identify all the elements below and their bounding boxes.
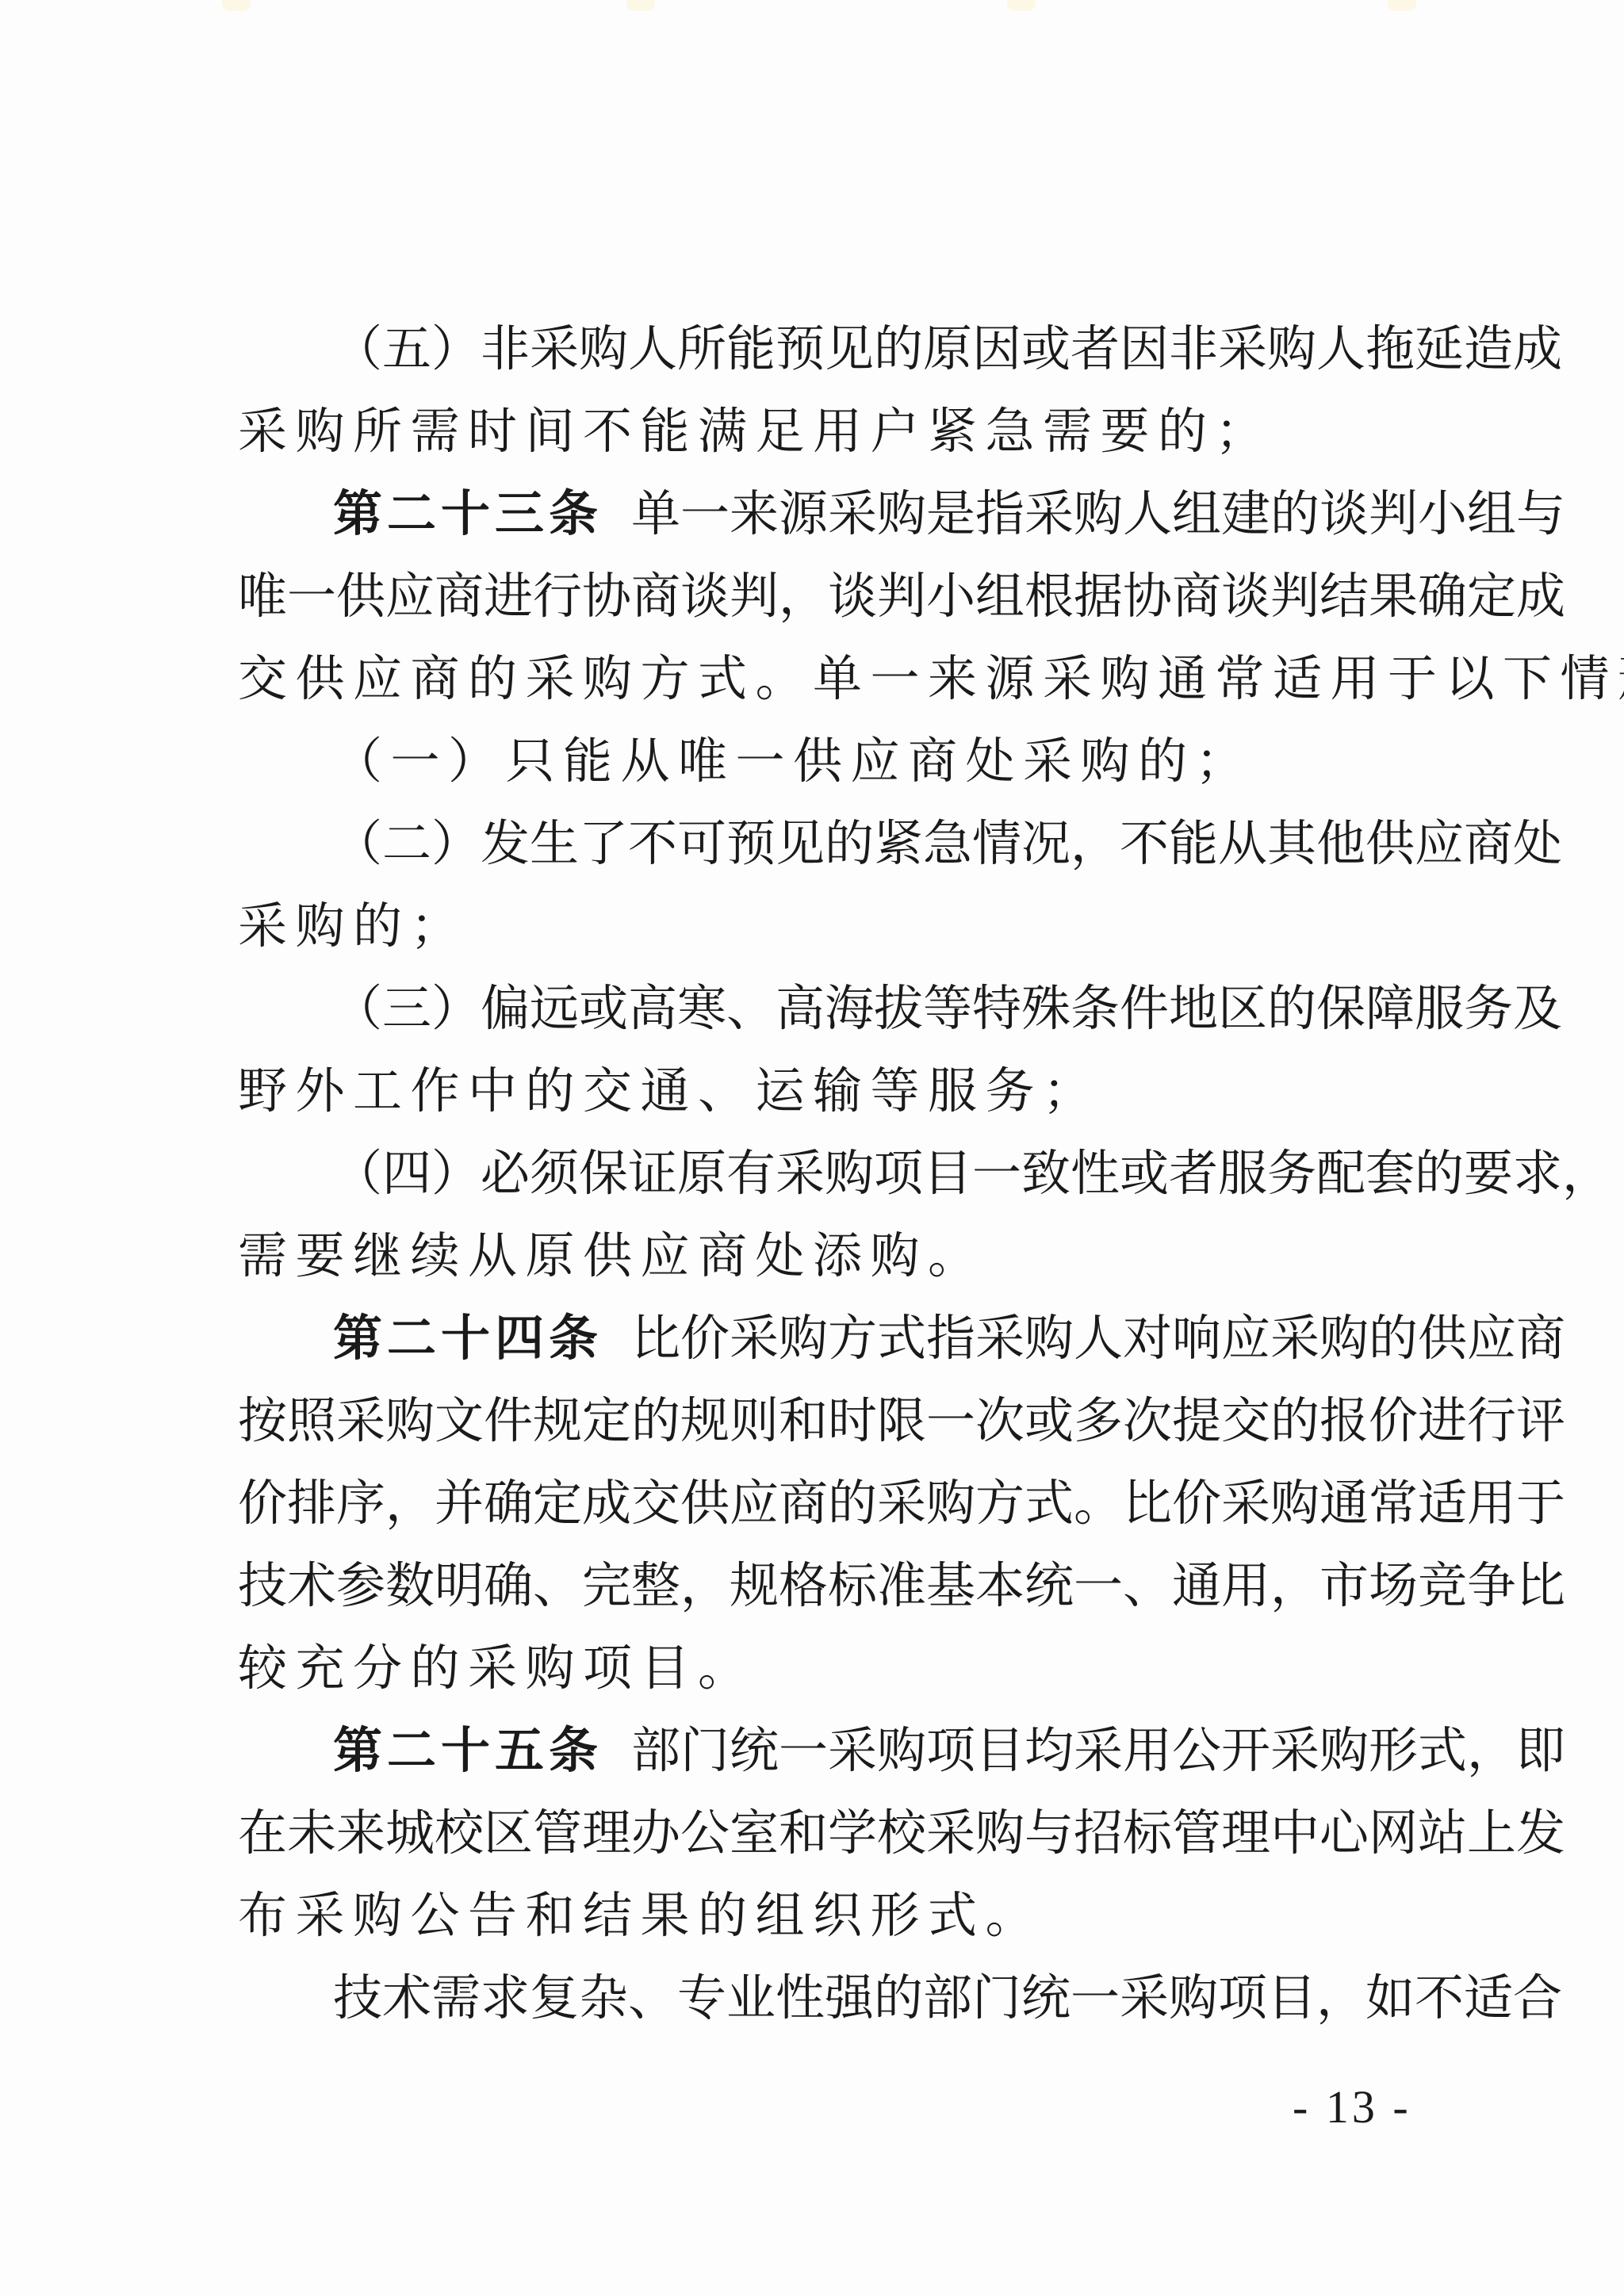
article-25-line-2: 在未来城校区管理办公室和学校采购与招标管理中心网站上发 [238, 1801, 1455, 1865]
scan-artifact [626, 0, 655, 11]
scan-artifact [1388, 0, 1416, 11]
article-24-line-3: 价排序，并确定成交供应商的采购方式。比价采购通常适用于 [238, 1471, 1455, 1535]
article-25-line-1: 第二十五条 部门统一采购项目均采用公开采购形式，即 [238, 1719, 1455, 1782]
article-25-line-3: 布采购公告和结果的组织形式。 [238, 1884, 1455, 1947]
list-item-2-line-2: 采购的； [238, 894, 1455, 958]
article-25-heading: 第二十五条 [333, 1719, 603, 1782]
scan-artifact [222, 0, 251, 11]
article-23-line-1: 第二十三条 单一来源采购是指采购人组建的谈判小组与 [238, 482, 1455, 545]
article-24-line-2: 按照采购文件规定的规则和时限一次或多次提交的报价进行评 [238, 1389, 1455, 1452]
article-24-text: 比价采购方式指采购人对响应采购的供应商 [631, 1307, 1565, 1370]
paragraph-continued-line-1: 技术需求复杂、专业性强的部门统一采购项目，如不适合 [238, 1966, 1455, 2030]
article-25-text: 部门统一采购项目均采用公开采购形式，即 [631, 1719, 1565, 1782]
article-24-heading: 第二十四条 [333, 1307, 603, 1370]
article-23-text: 单一来源采购是指采购人组建的谈判小组与 [631, 482, 1565, 545]
list-item-3-line-2: 野外工作中的交通、运输等服务； [238, 1059, 1455, 1123]
article-24-line-5: 较充分的采购项目。 [238, 1636, 1455, 1700]
clause-item-5-line-2: 采购所需时间不能满足用户紧急需要的； [238, 400, 1455, 463]
page-number: - 13 - [1293, 2081, 1411, 2133]
list-item-3-line-1: （三）偏远或高寒、高海拔等特殊条件地区的保障服务及 [238, 977, 1455, 1040]
scan-artifact [1007, 0, 1036, 11]
article-24-line-1: 第二十四条 比价采购方式指采购人对响应采购的供应商 [238, 1307, 1455, 1370]
list-item-1: （一）只能从唯一供应商处采购的； [238, 729, 1455, 793]
list-item-4-line-1: （四）必须保证原有采购项目一致性或者服务配套的要求， [238, 1142, 1455, 1205]
article-23-line-3: 交供应商的采购方式。单一来源采购通常适用于以下情形： [238, 647, 1455, 710]
list-item-4-line-2: 需要继续从原供应商处添购。 [238, 1224, 1455, 1288]
article-24-line-4: 技术参数明确、完整，规格标准基本统一、通用，市场竞争比 [238, 1554, 1455, 1617]
clause-item-5-line-1: （五）非采购人所能预见的原因或者因非采购人拖延造成 [238, 317, 1455, 381]
list-item-2-line-1: （二）发生了不可预见的紧急情况，不能从其他供应商处 [238, 812, 1455, 875]
article-23-line-2: 唯一供应商进行协商谈判，谈判小组根据协商谈判结果确定成 [238, 564, 1455, 628]
article-23-heading: 第二十三条 [333, 482, 603, 545]
